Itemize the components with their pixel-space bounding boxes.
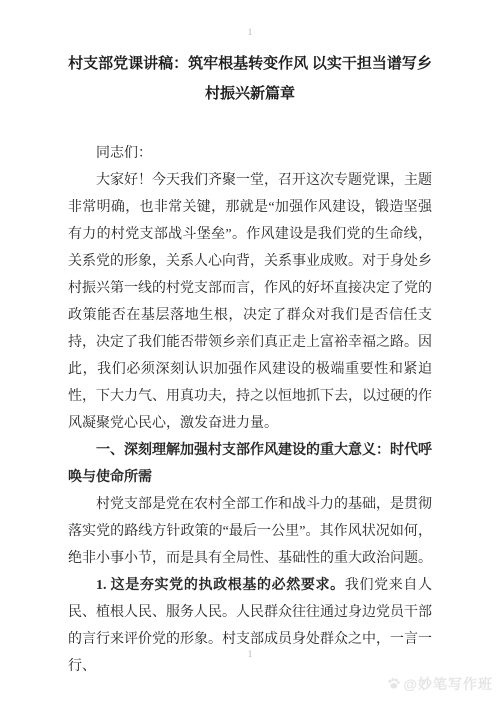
page-number-bottom: 1 bbox=[0, 648, 500, 660]
paragraph-opening: 大家好！今天我们齐聚一堂，召开这次专题党课，主题非常明确，也非常关键，那就是“加… bbox=[68, 167, 432, 437]
document-page: 1 村支部党课讲稿：筑牢根基转变作风 以实干担当谱写乡村振兴新篇章 同志们： 大… bbox=[0, 0, 500, 701]
paw-icon bbox=[387, 677, 401, 691]
point-1-lead: 1. 这是夯实党的执政根基的必然要求。 bbox=[96, 578, 345, 593]
watermark-text: @妙笔写作班 bbox=[403, 674, 493, 694]
paragraph-section-intro: 村党支部是党在农村全部工作和战斗力的基础，是贯彻落实党的路线方针政策的“最后一公… bbox=[68, 491, 432, 572]
document-title: 村支部党课讲稿：筑牢根基转变作风 以实干担当谱写乡村振兴新篇章 bbox=[62, 49, 438, 109]
document-body: 同志们： 大家好！今天我们齐聚一堂，召开这次专题党课，主题非常明确，也非常关键，… bbox=[68, 140, 432, 680]
section-heading-1: 一、深刻理解加强村支部作风建设的重大意义：时代呼唤与使命所需 bbox=[68, 437, 432, 491]
paragraph-salutation: 同志们： bbox=[68, 140, 432, 167]
watermark: @妙笔写作班 bbox=[387, 674, 493, 694]
page-number-top: 1 bbox=[0, 26, 500, 38]
paragraph-point-1: 1. 这是夯实党的执政根基的必然要求。我们党来自人民、植根人民、服务人民。人民群… bbox=[68, 572, 432, 680]
